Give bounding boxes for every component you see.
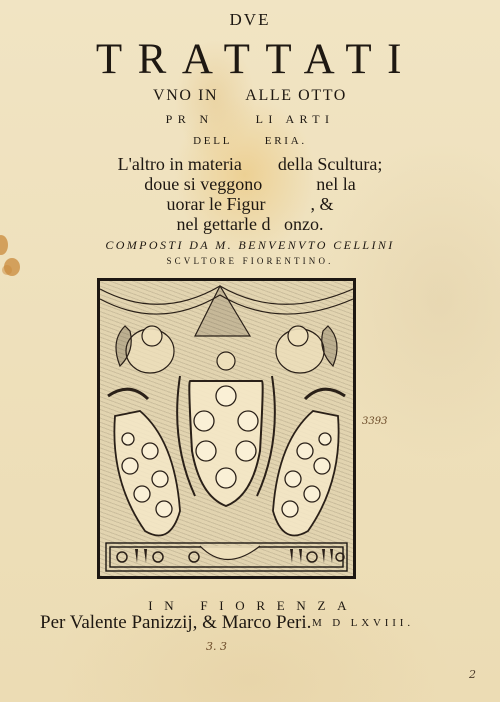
imprint-year: M D LXVIII. [312, 617, 414, 629]
description-line-2: doue si veggono nel la [0, 174, 500, 195]
title-trattati: TRATTATI [0, 38, 500, 81]
subtitle-oreficeria: DELL ERIA. [0, 135, 500, 147]
handwritten-shelfmark: 3393 [362, 416, 387, 427]
description-line-1: L'altro in materia della Scultura; [0, 154, 500, 175]
handwritten-corner-number: 2 [469, 668, 476, 681]
author-title: SCVLTORE FIORENTINO. [0, 256, 500, 266]
author-line: COMPOSTI DA M. BENVENVTO CELLINI [0, 238, 500, 253]
imprint-publisher: Per Valente Panizzij, & Marco Peri. [40, 612, 311, 634]
subtitle-principali: PR N LI ARTI [0, 112, 500, 127]
handwritten-note: 3. 3 [206, 640, 227, 653]
description-line-3: uorar le Figur , & [0, 194, 500, 215]
foxing-stain [2, 265, 12, 275]
book-title-page: DVE TRATTATI VNO IN ALLE OTTO PR N LI AR… [0, 0, 500, 702]
title-due: DVE [0, 10, 500, 30]
subtitle-uno: VNO IN ALLE OTTO [0, 87, 500, 105]
coat-of-arms-icon [100, 281, 353, 576]
description-line-4: nel gettarle d onzo. [0, 214, 500, 235]
woodcut-coat-of-arms [97, 278, 356, 579]
